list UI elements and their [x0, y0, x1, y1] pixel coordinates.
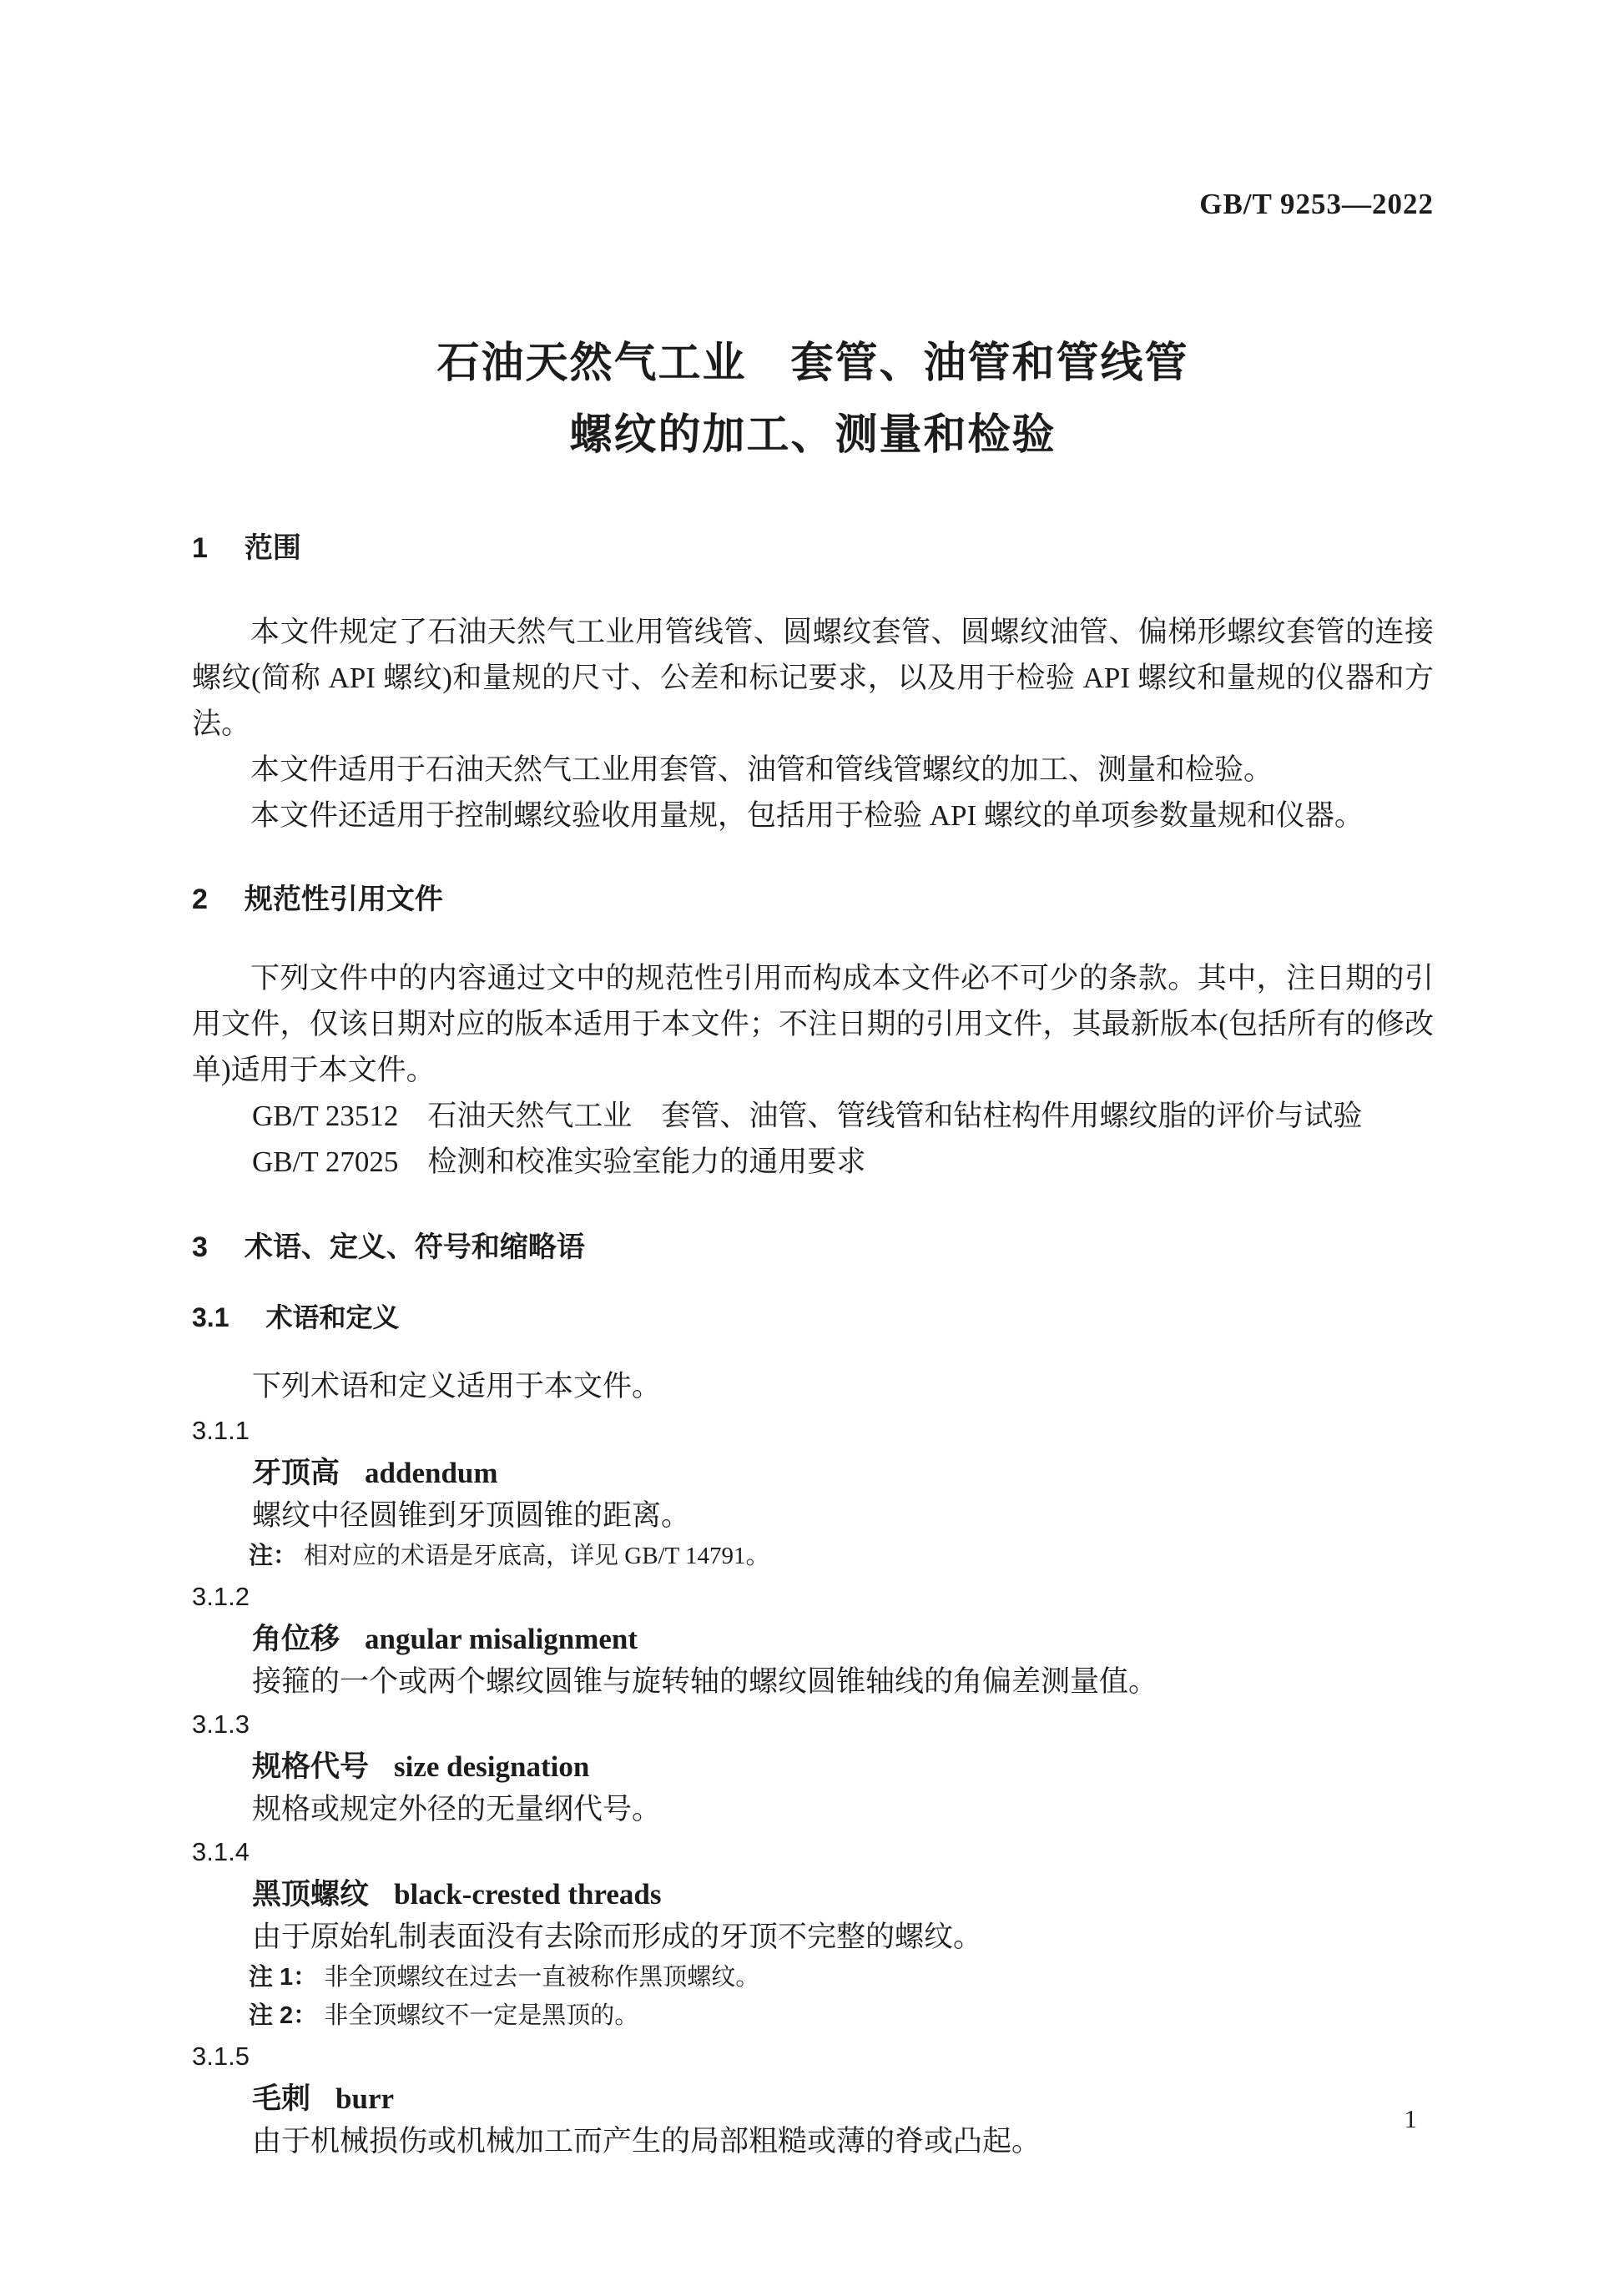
document-title: 石油天然气工业 套管、油管和管线管 螺纹的加工、测量和检验 [192, 327, 1434, 471]
note-text: 非全顶螺纹不一定是黑顶的。 [324, 2002, 638, 2029]
term-name-zh: 角位移 [252, 1623, 340, 1655]
section-3-1-heading: 3.1术语和定义 [192, 1301, 1434, 1334]
normative-references-paragraph: 下列文件中的内容通过文中的规范性引用而构成本文件必不可少的条款。其中，注日期的引… [192, 955, 1434, 1093]
scope-paragraph-1: 本文件规定了石油天然气工业用管线管、圆螺纹套管、圆螺纹油管、偏梯形螺纹套管的连接… [192, 609, 1434, 747]
reference-gbt-27025: GB/T 27025 检测和校准实验室能力的通用要求 [192, 1139, 1434, 1185]
section-3-1-title: 术语和定义 [265, 1302, 399, 1332]
document-title-line-1: 石油天然气工业 套管、油管和管线管 [192, 327, 1434, 399]
term-entry-3-1-1: 3.1.1 牙顶高addendum 螺纹中径圆锥到牙顶圆锥的距离。 注：相对应的… [192, 1409, 1434, 1575]
scope-paragraph-2: 本文件适用于石油天然气工业用套管、油管和管线管螺纹的加工、测量和检验。 [192, 747, 1434, 793]
clause-number: 3.1.3 [192, 1703, 1434, 1745]
term-definition: 接箍的一个或两个螺纹圆锥与旋转轴的螺纹圆锥轴线的角偏差测量值。 [192, 1660, 1434, 1703]
document-title-line-2: 螺纹的加工、测量和检验 [192, 399, 1434, 471]
term-note: 注：相对应的术语是牙底高，详见 GB/T 14791。 [192, 1537, 1434, 1575]
note-label: 注 1： [249, 1964, 317, 1991]
clause-number: 3.1.1 [192, 1409, 1434, 1452]
term-name-zh: 牙顶高 [252, 1457, 340, 1489]
note-label: 注： [249, 1543, 297, 1569]
term-name-en: black-crested threads [394, 1878, 662, 1911]
term-note: 注 2：非全顶螺纹不一定是黑顶的。 [192, 1996, 1434, 2035]
section-1-number: 1 [192, 531, 208, 566]
term-name: 毛刺burr [192, 2077, 1434, 2120]
term-entry-3-1-4: 3.1.4 黑顶螺纹black-crested threads 由于原始轧制表面… [192, 1830, 1434, 2035]
document-page: GB/T 9253—2022 石油天然气工业 套管、油管和管线管 螺纹的加工、测… [0, 0, 1624, 2296]
section-1-heading: 1范围 [192, 531, 1434, 566]
term-name-en: size designation [394, 1750, 589, 1783]
term-name: 黑顶螺纹black-crested threads [192, 1873, 1434, 1916]
section-2-heading: 2规范性引用文件 [192, 882, 1434, 917]
page-content: GB/T 9253—2022 石油天然气工业 套管、油管和管线管 螺纹的加工、测… [192, 0, 1434, 2163]
term-definition: 规格或规定外径的无量纲代号。 [192, 1788, 1434, 1830]
scope-paragraph-3: 本文件还适用于控制螺纹验收用量规，包括用于检验 API 螺纹的单项参数量规和仪器… [192, 793, 1434, 838]
term-definition: 由于机械损伤或机械加工而产生的局部粗糙或薄的脊或凸起。 [192, 2120, 1434, 2163]
term-name: 牙顶高addendum [192, 1452, 1434, 1494]
section-3-number: 3 [192, 1230, 208, 1265]
note-text: 非全顶螺纹在过去一直被称作黑顶螺纹。 [324, 1964, 759, 1991]
terms-list: 3.1.1 牙顶高addendum 螺纹中径圆锥到牙顶圆锥的距离。 注：相对应的… [192, 1409, 1434, 2163]
term-note: 注 1：非全顶螺纹在过去一直被称作黑顶螺纹。 [192, 1958, 1434, 1996]
page-number: 1 [1405, 2104, 1418, 2134]
term-entry-3-1-3: 3.1.3 规格代号size designation 规格或规定外径的无量纲代号… [192, 1703, 1434, 1830]
note-label: 注 2： [249, 2002, 317, 2029]
clause-number: 3.1.2 [192, 1575, 1434, 1618]
note-text: 相对应的术语是牙底高，详见 GB/T 14791。 [304, 1543, 770, 1569]
term-name-zh: 规格代号 [252, 1750, 369, 1783]
term-name: 角位移angular misalignment [192, 1618, 1434, 1660]
section-3-heading: 3术语、定义、符号和缩略语 [192, 1230, 1434, 1265]
term-entry-3-1-2: 3.1.2 角位移angular misalignment 接箍的一个或两个螺纹… [192, 1575, 1434, 1703]
clause-number: 3.1.4 [192, 1830, 1434, 1873]
section-2-title: 规范性引用文件 [245, 884, 443, 915]
section-2-number: 2 [192, 882, 208, 917]
section-3-1-number: 3.1 [192, 1301, 229, 1334]
term-definition: 螺纹中径圆锥到牙顶圆锥的距离。 [192, 1494, 1434, 1537]
term-name-en: angular misalignment [365, 1623, 638, 1655]
clause-number: 3.1.5 [192, 2035, 1434, 2077]
reference-gbt-23512: GB/T 23512 石油天然气工业 套管、油管、管线管和钻柱构件用螺纹脂的评价… [192, 1093, 1434, 1139]
term-entry-3-1-5: 3.1.5 毛刺burr 由于机械损伤或机械加工而产生的局部粗糙或薄的脊或凸起。 [192, 2035, 1434, 2163]
terms-intro: 下列术语和定义适用于本文件。 [192, 1363, 1434, 1409]
term-name-en: burr [335, 2082, 394, 2115]
standard-number: GB/T 9253—2022 [192, 189, 1434, 220]
term-name: 规格代号size designation [192, 1745, 1434, 1788]
term-definition: 由于原始轧制表面没有去除而形成的牙顶不完整的螺纹。 [192, 1916, 1434, 1958]
term-name-zh: 黑顶螺纹 [252, 1878, 369, 1911]
section-1-title: 范围 [245, 532, 301, 564]
section-3-title: 术语、定义、符号和缩略语 [245, 1231, 585, 1263]
term-name-en: addendum [365, 1457, 498, 1489]
term-name-zh: 毛刺 [252, 2082, 310, 2115]
